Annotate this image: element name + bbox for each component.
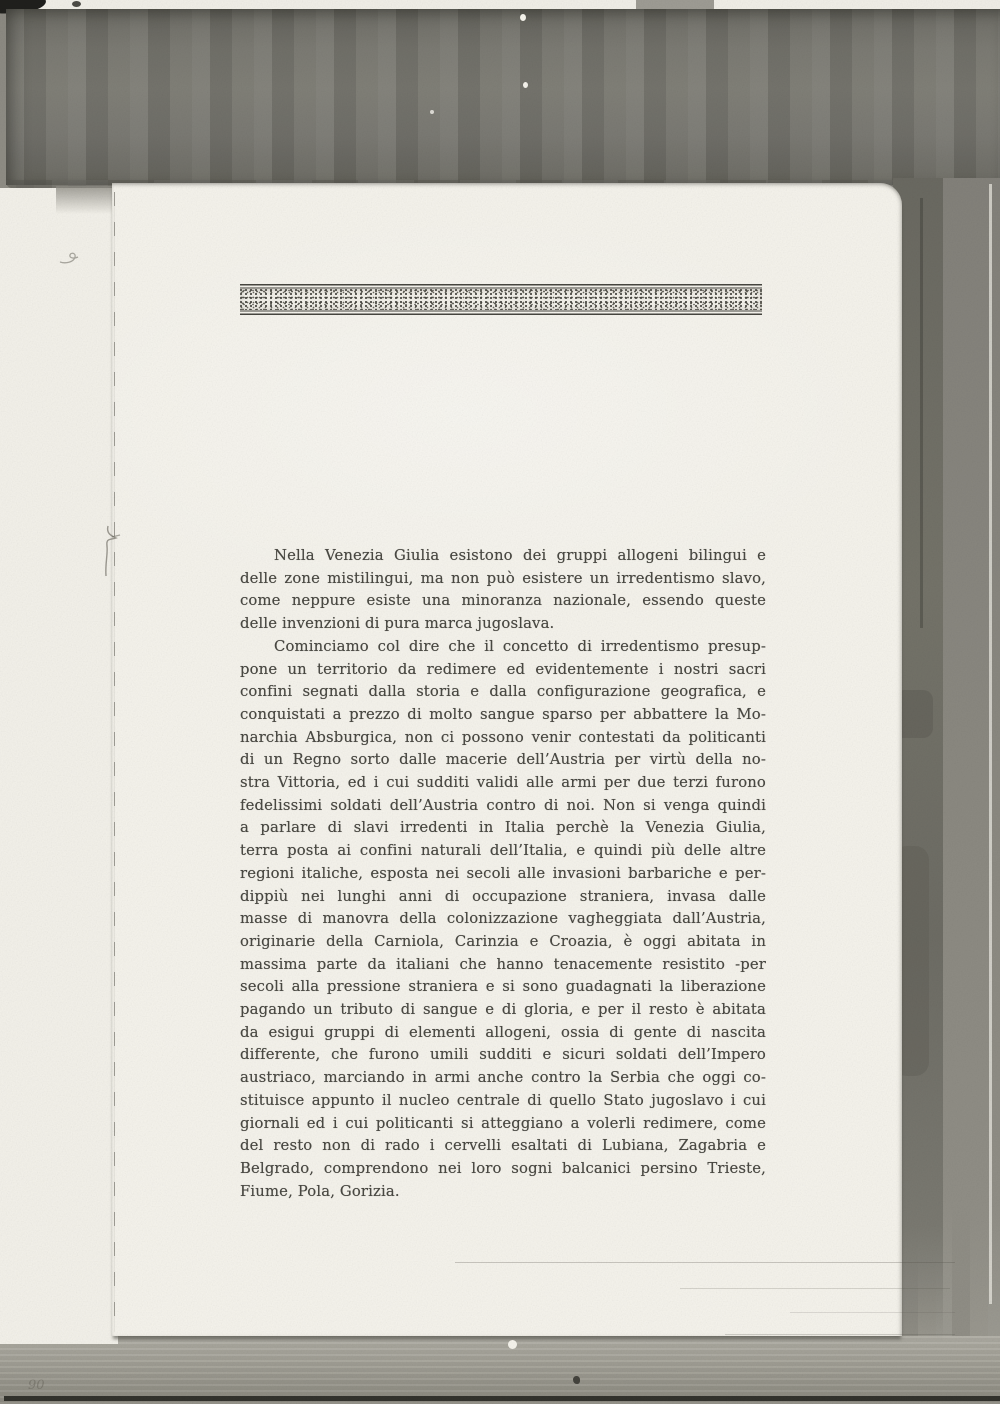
- text-line: stituisce appunto il nucleo centrale di …: [240, 1090, 766, 1113]
- text-block: Nella Venezia Giulia esistono dei gruppi…: [240, 545, 766, 1203]
- paragraph: Nella Venezia Giulia esistono dei gruppi…: [240, 545, 766, 636]
- scan-dark-band-top: [6, 9, 1000, 185]
- scan-speck: [430, 110, 434, 114]
- faint-page-mark: 90: [28, 1378, 54, 1392]
- scan-speck: [72, 1, 81, 7]
- ornament-bottom-rule: [240, 310, 762, 315]
- text-line: austriaco, marciando in armi anche contr…: [240, 1067, 766, 1090]
- scan-top-strip: [0, 0, 1000, 9]
- ink-squiggle-mark: [98, 524, 124, 578]
- text-line: massima parte da italiani che hanno tena…: [240, 954, 766, 977]
- book-edge-shadow: [893, 178, 1000, 1342]
- text-line: pagando un tributo di sangue e di gloria…: [240, 999, 766, 1022]
- text-line: originarie della Carniola, Carinzia e Cr…: [240, 931, 766, 954]
- text-line: pone un territorio da redimere ed eviden…: [240, 659, 766, 682]
- scan-speck: [523, 82, 528, 88]
- text-line: dippiù nei lunghi anni di occupazione st…: [240, 886, 766, 909]
- scan-faint-line: [790, 1312, 955, 1313]
- text-line: come neppure esiste una minoranza nazion…: [240, 590, 766, 613]
- text-line: a parlare di slavi irredenti in Italia p…: [240, 817, 766, 840]
- text-line: confini segnati dalla storia e dalla con…: [240, 681, 766, 704]
- text-line: del resto non di rado i cervelli esaltat…: [240, 1135, 766, 1158]
- text-line: masse di manovra della colonizzazione va…: [240, 908, 766, 931]
- text-line: di un Regno sorto dalle macerie dell’Aus…: [240, 749, 766, 772]
- text-line: Cominciamo col dire che il concetto di i…: [240, 636, 766, 659]
- text-line: Belgrado, comprendono nei loro sogni bal…: [240, 1158, 766, 1181]
- paragraph: Cominciamo col dire che il concetto di i…: [240, 636, 766, 1204]
- scan-faint-line: [680, 1288, 950, 1289]
- text-line: Nella Venezia Giulia esistono dei gruppi…: [240, 545, 766, 568]
- text-line: narchia Absburgica, non ci possono venir…: [240, 727, 766, 750]
- scan-faint-line: [455, 1262, 955, 1263]
- text-line: delle invenzioni di pura marca jugoslava…: [240, 613, 766, 636]
- text-line: terra posta ai confini naturali dell’Ita…: [240, 840, 766, 863]
- scan-bottom-line: [4, 1396, 1000, 1401]
- scan-faint-line: [725, 1334, 955, 1335]
- scan-smudge: [636, 0, 714, 9]
- text-line: regioni italiche, esposta nei secoli all…: [240, 863, 766, 886]
- scan-speck: [573, 1376, 580, 1384]
- text-line: fedelissimi soldati dell’Austria contro …: [240, 795, 766, 818]
- text-line: giornali ed i cui politicanti si atteggi…: [240, 1113, 766, 1136]
- text-line: differente, che furono umili sudditi e s…: [240, 1044, 766, 1067]
- text-line: stra Vittoria, ed i cui sudditi validi a…: [240, 772, 766, 795]
- pencil-curl-mark: [58, 250, 80, 266]
- scan-bottom-area: [0, 1336, 1000, 1404]
- ornament-band: [240, 284, 762, 316]
- scanned-page: 90 Nella Venezia Giulia esistono dei gru…: [0, 0, 1000, 1404]
- page-crease: [114, 192, 115, 1332]
- scan-speck: [520, 14, 526, 21]
- text-line: delle zone mistilingui, ma non può esist…: [240, 568, 766, 591]
- underlying-page-edge: [0, 188, 118, 1344]
- book-edge-highlight: [989, 184, 992, 1304]
- ornament-stipple-texture: [240, 289, 762, 310]
- text-line: da esigui gruppi di elementi allogeni, o…: [240, 1022, 766, 1045]
- text-line: secoli alla pressione straniera e si son…: [240, 976, 766, 999]
- underlying-page-shadow: [56, 186, 118, 214]
- book-edge-line: [920, 198, 923, 628]
- scan-speck: [508, 1340, 517, 1349]
- text-line: Fiume, Pola, Gorizia.: [240, 1181, 766, 1204]
- text-line: conquistati a prezzo di molto sangue spa…: [240, 704, 766, 727]
